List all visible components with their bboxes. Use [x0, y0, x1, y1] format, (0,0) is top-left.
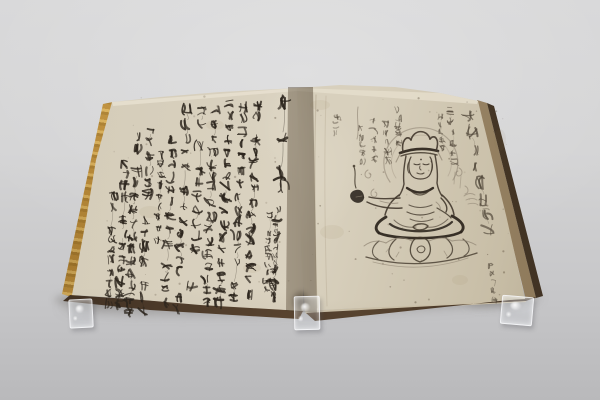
- acrylic-clip-bottom-left: [68, 298, 93, 328]
- acrylic-clip-bottom-right: [500, 295, 534, 327]
- photograph-of-manuscript: [0, 0, 600, 400]
- acrylic-clip-bottom-center: [294, 296, 321, 330]
